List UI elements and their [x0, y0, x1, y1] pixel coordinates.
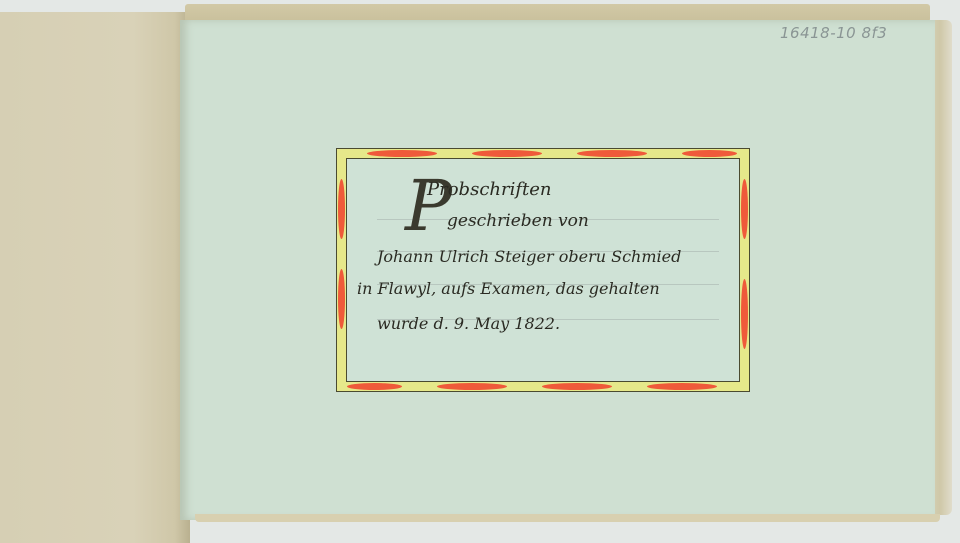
title-line-1: Probschriften [427, 179, 552, 200]
title-line-2: geschrieben von [447, 211, 589, 231]
frame-ornament [741, 279, 748, 349]
frame-inner-panel: P Probschriften geschrieben von Johann U… [346, 158, 740, 382]
frame-ornament [437, 383, 507, 390]
frame-ornament [472, 150, 542, 157]
title-line-3: Johann Ulrich Steiger oberu Schmied [377, 247, 681, 266]
frame-ornament [338, 269, 345, 329]
title-frame: P Probschriften geschrieben von Johann U… [336, 148, 750, 392]
frame-ornament [741, 179, 748, 239]
frame-ornament [347, 383, 402, 390]
frame-ornament [647, 383, 717, 390]
frame-ornament [542, 383, 612, 390]
frame-ornament [577, 150, 647, 157]
left-page [0, 12, 190, 543]
frame-ornament [682, 150, 737, 157]
frame-ornament [338, 179, 345, 239]
frame-ornament [367, 150, 437, 157]
title-line-5: wurde d. 9. May 1822. [377, 314, 560, 333]
catalog-number: 16418-10 8f3 [780, 24, 887, 42]
bottom-page-edge [195, 514, 940, 522]
title-line-4: in Flawyl, aufs Examen, das gehalten [357, 279, 660, 298]
